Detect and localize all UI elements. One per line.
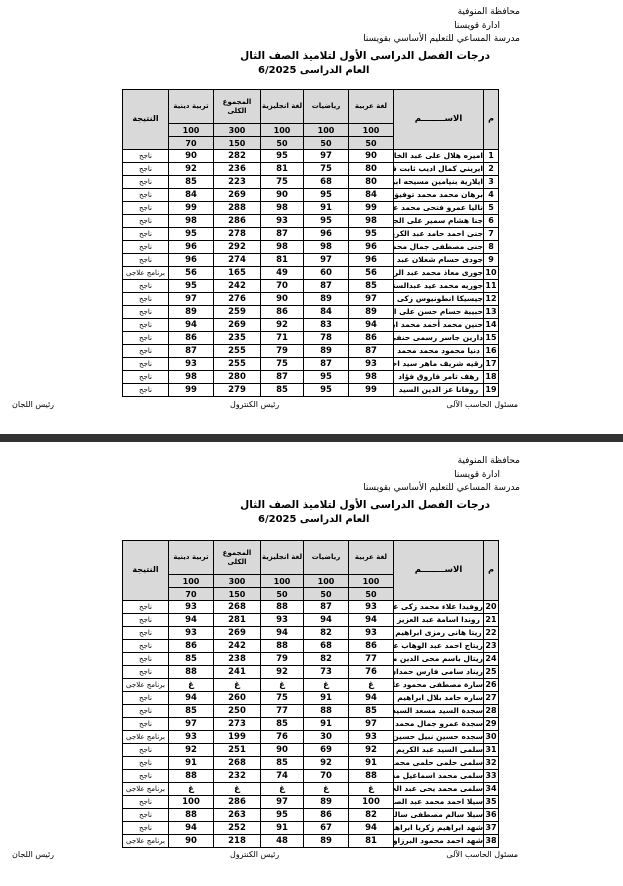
student-row: 15دارين جاسر رسمى حنفى محمد86787123586نا… <box>123 332 499 345</box>
result-cell: ناجح <box>123 640 169 653</box>
grade-cell-total: 241 <box>214 666 261 679</box>
student-row: 29سجدة عمرو جمال محمد رضوان97918527397نا… <box>123 718 499 731</box>
student-name-cell: رقيه شريف ماهر سيد احمد <box>394 358 484 371</box>
grade-cell-math: 84 <box>304 306 349 319</box>
student-row: 20روفيدا علاء محمد زكى عبدالخالق ف938788… <box>123 601 499 614</box>
grade-cell-religion: 99 <box>169 384 214 397</box>
grade-cell-religion: 89 <box>169 306 214 319</box>
student-row: 13حبيبة حسام حسن على النجار89848625989نا… <box>123 306 499 319</box>
grade-cell-religion: 87 <box>169 345 214 358</box>
grade-cell-math: 97 <box>304 150 349 163</box>
grade-cell-math: 89 <box>304 293 349 306</box>
result-cell: برنامج علاجى <box>123 783 169 796</box>
row-number-cell: 9 <box>484 254 499 267</box>
grade-cell-arabic: 98 <box>349 215 394 228</box>
grade-cell-english: 81 <box>261 254 304 267</box>
student-name-cell: دنيا محمود محمد محمد <box>394 345 484 358</box>
grade-cell-religion: 94 <box>169 822 214 835</box>
student-row: 12جيسيكا انطونيوس زكى الجرجاوى9789902769… <box>123 293 499 306</box>
grade-cell-religion: 56 <box>169 267 214 280</box>
administration-line: ادارة قويسنا <box>150 469 520 483</box>
grade-cell-arabic: 82 <box>349 809 394 822</box>
grade-cell-arabic: 94 <box>349 692 394 705</box>
student-name-cell: سجدة عمرو جمال محمد رضوان <box>394 718 484 731</box>
col-header-arabic: لغة عربية <box>349 541 394 575</box>
school-line: مدرسة المساعي للتعليم الأساسي بقويسنا <box>150 482 520 496</box>
grade-cell-arabic: 90 <box>349 150 394 163</box>
page-separator-bar <box>0 434 623 442</box>
student-name-cell: دارين جاسر رسمى حنفى محمد <box>394 332 484 345</box>
student-name-cell: ايلارية بنيامين مسيحه ابراهيم <box>394 176 484 189</box>
student-row: 37شهد ابراهيم زكريا ابراهيم الشونى946791… <box>123 822 499 835</box>
grade-cell-math: 70 <box>304 770 349 783</box>
max-mark-religion: 100 <box>169 575 214 588</box>
row-number-cell: 3 <box>484 176 499 189</box>
student-name-cell: جنا هشام سمير على الجمل <box>394 215 484 228</box>
row-number-cell: 15 <box>484 332 499 345</box>
grade-cell-english: 87 <box>261 228 304 241</box>
grade-cell-religion: 99 <box>169 202 214 215</box>
col-header-religion: تربية دينية <box>169 90 214 124</box>
grade-cell-religion: 97 <box>169 293 214 306</box>
min-mark-total: 150 <box>214 588 261 601</box>
row-number-cell: 29 <box>484 718 499 731</box>
result-cell: ناجح <box>123 332 169 345</box>
grade-cell-arabic: 81 <box>349 835 394 848</box>
student-row: 9جودى حسام شعلان عبد الغفار شعلا96978127… <box>123 254 499 267</box>
grade-cell-math: 92 <box>304 757 349 770</box>
grade-cell-english: 88 <box>261 601 304 614</box>
result-cell: ناجح <box>123 757 169 770</box>
max-mark-english: 100 <box>261 124 304 137</box>
governorate-line: محافظة المنوفية <box>150 455 520 469</box>
grade-cell-math: 97 <box>304 254 349 267</box>
student-name-cell: ريناد سامى فارس حمدان محمود <box>394 666 484 679</box>
sheet-title: درجات الفصل الدراسى الأول لتلاميذ الصف ا… <box>150 49 520 64</box>
signature-row: مسئول الحاسب الآلى رئيس الكنترول رئيس ال… <box>0 400 623 414</box>
grade-cell-arabic: 89 <box>349 306 394 319</box>
student-name-cell: ساره حامد بلال ابراهيم القليوبى <box>394 692 484 705</box>
row-number-cell: 4 <box>484 189 499 202</box>
grade-cell-arabic: 84 <box>349 189 394 202</box>
result-cell: ناجح <box>123 306 169 319</box>
academic-year: العام الدراسى 6/2025 <box>150 64 520 78</box>
grade-cell-math: غ <box>304 783 349 796</box>
grade-cell-total: 280 <box>214 371 261 384</box>
grade-cell-english: 95 <box>261 150 304 163</box>
grade-cell-total: 252 <box>214 822 261 835</box>
signature-row: مسئول الحاسب الآلى رئيس الكنترول رئيس ال… <box>0 850 623 864</box>
signature-committees-head: رئيس اللجان <box>12 400 54 409</box>
grade-cell-math: 94 <box>304 614 349 627</box>
result-cell: ناجح <box>123 280 169 293</box>
student-row: 21روندا اسامة عبد العزيز94949328194ناجح <box>123 614 499 627</box>
sheet-page-2: محافظة المنوفية ادارة قويسنا مدرسة المسا… <box>0 442 623 886</box>
grade-cell-total: 274 <box>214 254 261 267</box>
row-number-cell: 17 <box>484 358 499 371</box>
grade-cell-total: 273 <box>214 718 261 731</box>
signature-computer-official: مسئول الحاسب الآلى <box>446 850 518 859</box>
grade-cell-english: 94 <box>261 627 304 640</box>
student-name-cell: جوريه محمد عيد عبدالستار على <box>394 280 484 293</box>
grade-cell-religion: 98 <box>169 371 214 384</box>
student-name-cell: جنى مصطفى جمال محمد المرجاوى <box>394 241 484 254</box>
grade-cell-total: 286 <box>214 796 261 809</box>
student-row: 6جنا هشام سمير على الجمل98959328698ناجح <box>123 215 499 228</box>
grade-cell-math: 67 <box>304 822 349 835</box>
grade-cell-religion: 94 <box>169 614 214 627</box>
student-name-cell: روندا اسامة عبد العزيز <box>394 614 484 627</box>
student-row: 34سلمى محمد يحى عبد الخالقغغغغغبرنامج عل… <box>123 783 499 796</box>
row-number-cell: 27 <box>484 692 499 705</box>
grade-cell-total: 232 <box>214 770 261 783</box>
max-mark-religion: 100 <box>169 124 214 137</box>
student-row: 16دنيا محمود محمد محمد87897925587ناجح <box>123 345 499 358</box>
grade-cell-religion: 85 <box>169 176 214 189</box>
grades-table-page-2: م الاســــــــم لغة عربية رياضيات لغة ان… <box>122 540 499 848</box>
grade-cell-arabic: 56 <box>349 267 394 280</box>
page-header: محافظة المنوفية ادارة قويسنا مدرسة المسا… <box>150 6 520 78</box>
grade-cell-arabic: 95 <box>349 228 394 241</box>
grade-cell-math: 73 <box>304 666 349 679</box>
result-cell: ناجح <box>123 666 169 679</box>
student-row: 17رقيه شريف ماهر سيد احمد93877525593ناجح <box>123 358 499 371</box>
grade-cell-arabic: 94 <box>349 319 394 332</box>
max-mark-arabic: 100 <box>349 124 394 137</box>
min-mark-religion: 70 <box>169 137 214 150</box>
grade-cell-math: 75 <box>304 163 349 176</box>
grade-cell-religion: 88 <box>169 809 214 822</box>
row-number-cell: 36 <box>484 809 499 822</box>
grade-cell-arabic: 76 <box>349 666 394 679</box>
max-mark-math: 100 <box>304 575 349 588</box>
row-number-cell: 16 <box>484 345 499 358</box>
grade-cell-english: 90 <box>261 293 304 306</box>
grade-cell-math: 89 <box>304 835 349 848</box>
row-number-cell: 7 <box>484 228 499 241</box>
row-number-cell: 11 <box>484 280 499 293</box>
grade-cell-religion: 95 <box>169 280 214 293</box>
result-cell: ناجح <box>123 189 169 202</box>
signature-control-head: رئيس الكنترول <box>230 850 279 859</box>
grade-cell-arabic: 88 <box>349 770 394 783</box>
col-header-arabic: لغة عربية <box>349 90 394 124</box>
grade-cell-total: 242 <box>214 640 261 653</box>
student-row: 22ريتا هانى رمزى ابراهيم93829426993ناجح <box>123 627 499 640</box>
result-cell: ناجح <box>123 653 169 666</box>
table-header: م الاســــــــم لغة عربية رياضيات لغة ان… <box>123 541 499 601</box>
student-name-cell: سجدة السيد مسعد السيد <box>394 705 484 718</box>
grade-cell-religion: 85 <box>169 705 214 718</box>
student-name-cell: ايريني كمال اديب ثابت قلته <box>394 163 484 176</box>
result-cell: ناجح <box>123 822 169 835</box>
min-mark-english: 50 <box>261 137 304 150</box>
min-mark-math: 50 <box>304 137 349 150</box>
student-name-cell: رهف تامر فاروق فؤاد <box>394 371 484 384</box>
grade-cell-arabic: 93 <box>349 601 394 614</box>
grade-cell-arabic: 86 <box>349 640 394 653</box>
grade-cell-math: 30 <box>304 731 349 744</box>
row-number-cell: 23 <box>484 640 499 653</box>
grade-cell-total: 235 <box>214 332 261 345</box>
grade-cell-total: 260 <box>214 692 261 705</box>
grade-cell-english: 86 <box>261 306 304 319</box>
max-mark-english: 100 <box>261 575 304 588</box>
grade-cell-math: 83 <box>304 319 349 332</box>
grade-cell-arabic: 99 <box>349 202 394 215</box>
student-name-cell: شهد احمد محمود البرزاوى <box>394 835 484 848</box>
student-name-cell: برهان محمد محمد توفيق <box>394 189 484 202</box>
student-row: 25ريناد سامى فارس حمدان محمود76739224188… <box>123 666 499 679</box>
result-cell: ناجح <box>123 228 169 241</box>
grade-cell-total: 236 <box>214 163 261 176</box>
result-cell: ناجح <box>123 319 169 332</box>
student-row: 27ساره حامد بلال ابراهيم القليوبى9491752… <box>123 692 499 705</box>
result-cell: برنامج علاجى <box>123 731 169 744</box>
student-name-cell: ريتال باسم محى الدين محمد محمد <box>394 653 484 666</box>
student-name-cell: سيلا سالم مصطفى سالم احمد <box>394 809 484 822</box>
grade-cell-math: 82 <box>304 653 349 666</box>
grade-cell-math: 91 <box>304 718 349 731</box>
grade-cell-total: 251 <box>214 744 261 757</box>
row-number-cell: 20 <box>484 601 499 614</box>
max-mark-arabic: 100 <box>349 575 394 588</box>
student-row: 38شهد احمد محمود البرزاوى81894821890برنا… <box>123 835 499 848</box>
student-row: 5تاليا عمرو فتحى محمد عمره99919828899ناج… <box>123 202 499 215</box>
grade-cell-religion: 90 <box>169 150 214 163</box>
grade-cell-arabic: غ <box>349 783 394 796</box>
grade-cell-total: 278 <box>214 228 261 241</box>
min-mark-math: 50 <box>304 588 349 601</box>
student-name-cell: جيسيكا انطونيوس زكى الجرجاوى <box>394 293 484 306</box>
student-name-cell: جورى معاذ محمد عبد الرازق العيسوى <box>394 267 484 280</box>
grade-cell-total: 269 <box>214 319 261 332</box>
grade-cell-english: 91 <box>261 822 304 835</box>
grade-cell-math: 68 <box>304 176 349 189</box>
result-cell: ناجح <box>123 744 169 757</box>
grade-cell-english: 70 <box>261 280 304 293</box>
max-mark-total: 300 <box>214 124 261 137</box>
row-number-cell: 12 <box>484 293 499 306</box>
student-row: 33سلمى محمد اسماعيل محمد88707423288ناجح <box>123 770 499 783</box>
result-cell: ناجح <box>123 176 169 189</box>
grade-cell-arabic: 94 <box>349 614 394 627</box>
grade-cell-english: 98 <box>261 202 304 215</box>
grade-cell-math: 91 <box>304 692 349 705</box>
result-cell: ناجح <box>123 202 169 215</box>
student-name-cell: جودى حسام شعلان عبد الغفار شعلا <box>394 254 484 267</box>
grade-cell-math: 87 <box>304 280 349 293</box>
min-mark-total: 150 <box>214 137 261 150</box>
grade-cell-english: 93 <box>261 215 304 228</box>
result-cell: ناجح <box>123 371 169 384</box>
col-header-religion: تربية دينية <box>169 541 214 575</box>
result-cell: ناجح <box>123 601 169 614</box>
grade-cell-religion: 90 <box>169 835 214 848</box>
student-row: 23ريتاج احمد عبد الوهاب على حسين86688824… <box>123 640 499 653</box>
academic-year: العام الدراسى 6/2025 <box>150 513 520 527</box>
grade-cell-english: 75 <box>261 692 304 705</box>
col-header-name: الاســــــــم <box>394 541 484 601</box>
student-row: 4برهان محمد محمد توفيق84959026984ناجح <box>123 189 499 202</box>
grade-cell-total: غ <box>214 679 261 692</box>
grade-cell-english: 97 <box>261 796 304 809</box>
result-cell: ناجح <box>123 692 169 705</box>
grade-cell-math: 95 <box>304 371 349 384</box>
grade-cell-arabic: 96 <box>349 254 394 267</box>
student-row: 3ايلارية بنيامين مسيحه ابراهيم8068752238… <box>123 176 499 189</box>
grade-cell-total: 276 <box>214 293 261 306</box>
grade-cell-religion: غ <box>169 679 214 692</box>
result-cell: برنامج علاجى <box>123 679 169 692</box>
row-number-cell: 28 <box>484 705 499 718</box>
grade-cell-religion: 93 <box>169 627 214 640</box>
result-cell: ناجح <box>123 215 169 228</box>
grade-cell-religion: 86 <box>169 332 214 345</box>
grade-cell-religion: 94 <box>169 319 214 332</box>
grade-cell-english: 77 <box>261 705 304 718</box>
student-row: 30سجده حسين نبيل حسين عطيه93307619993برن… <box>123 731 499 744</box>
row-number-cell: 6 <box>484 215 499 228</box>
grade-cell-arabic: 93 <box>349 627 394 640</box>
grade-cell-english: 88 <box>261 640 304 653</box>
result-cell: ناجح <box>123 770 169 783</box>
result-cell: ناجح <box>123 796 169 809</box>
grade-cell-religion: غ <box>169 783 214 796</box>
grade-cell-arabic: 93 <box>349 358 394 371</box>
result-cell: ناجح <box>123 345 169 358</box>
row-number-cell: 26 <box>484 679 499 692</box>
grade-cell-math: 87 <box>304 358 349 371</box>
grade-cell-total: 218 <box>214 835 261 848</box>
grade-cell-total: 238 <box>214 653 261 666</box>
student-row: 2ايريني كمال اديب ثابت قلته80758123692نا… <box>123 163 499 176</box>
student-name-cell: جنى احمد حامد عبد الكريم عبد الرحمن <box>394 228 484 241</box>
result-cell: ناجح <box>123 627 169 640</box>
administration-line: ادارة قويسنا <box>150 20 520 34</box>
grade-cell-math: 86 <box>304 809 349 822</box>
result-cell: ناجح <box>123 241 169 254</box>
grade-cell-religion: 95 <box>169 228 214 241</box>
result-cell: ناجح <box>123 293 169 306</box>
grade-cell-math: 95 <box>304 215 349 228</box>
grade-cell-total: 268 <box>214 757 261 770</box>
grade-cell-math: 82 <box>304 627 349 640</box>
grade-cell-religion: 96 <box>169 254 214 267</box>
student-name-cell: شهد ابراهيم زكريا ابراهيم الشونى <box>394 822 484 835</box>
student-name-cell: سيلا احمد محمد عبد الصادق محمد حسن <box>394 796 484 809</box>
row-number-cell: 35 <box>484 796 499 809</box>
grade-cell-english: 49 <box>261 267 304 280</box>
signature-control-head: رئيس الكنترول <box>230 400 279 409</box>
grade-cell-english: 92 <box>261 319 304 332</box>
grade-cell-total: 268 <box>214 601 261 614</box>
grade-cell-religion: 98 <box>169 215 214 228</box>
grades-table-page-1: م الاســــــــم لغة عربية رياضيات لغة ان… <box>122 89 499 397</box>
grade-cell-religion: 93 <box>169 358 214 371</box>
row-number-cell: 37 <box>484 822 499 835</box>
school-line: مدرسة المساعي للتعليم الأساسي بقويسنا <box>150 33 520 47</box>
student-row: 8جنى مصطفى جمال محمد المرجاوى96989829296… <box>123 241 499 254</box>
col-header-math: رياضيات <box>304 541 349 575</box>
result-cell: ناجح <box>123 614 169 627</box>
grade-cell-arabic: 97 <box>349 293 394 306</box>
grade-cell-total: 292 <box>214 241 261 254</box>
grade-cell-math: 68 <box>304 640 349 653</box>
grade-cell-arabic: 93 <box>349 731 394 744</box>
students-body-page-2: 20روفيدا علاء محمد زكى عبدالخالق ف938788… <box>123 601 499 848</box>
grade-cell-math: 87 <box>304 601 349 614</box>
min-mark-religion: 70 <box>169 588 214 601</box>
student-name-cell: روفيدا علاء محمد زكى عبدالخالق ف <box>394 601 484 614</box>
student-name-cell: سجده حسين نبيل حسين عطيه <box>394 731 484 744</box>
sheet-page-1: محافظة المنوفية ادارة قويسنا مدرسة المسا… <box>0 0 623 434</box>
grade-cell-english: غ <box>261 783 304 796</box>
grade-cell-english: 85 <box>261 384 304 397</box>
grade-cell-arabic: 94 <box>349 822 394 835</box>
grade-cell-math: 89 <box>304 345 349 358</box>
grade-cell-total: 255 <box>214 345 261 358</box>
grade-cell-english: 71 <box>261 332 304 345</box>
grade-cell-arabic: 86 <box>349 332 394 345</box>
col-header-result: النتيجة <box>123 541 169 601</box>
grade-cell-total: 223 <box>214 176 261 189</box>
grade-cell-religion: 92 <box>169 163 214 176</box>
grade-cell-english: 48 <box>261 835 304 848</box>
student-name-cell: روفانا عز الدين السيد <box>394 384 484 397</box>
grade-cell-math: 95 <box>304 384 349 397</box>
grade-cell-english: 93 <box>261 614 304 627</box>
student-name-cell: سلمى السيد عبد الكريم خيرى حسين <box>394 744 484 757</box>
grade-cell-english: 85 <box>261 718 304 731</box>
row-number-cell: 8 <box>484 241 499 254</box>
max-mark-math: 100 <box>304 124 349 137</box>
col-header-total: المجموع الكلى <box>214 90 261 124</box>
student-name-cell: حنين محمد أحمد محمد ابو هند <box>394 319 484 332</box>
grade-cell-english: 95 <box>261 809 304 822</box>
result-cell: ناجح <box>123 809 169 822</box>
grade-cell-total: 263 <box>214 809 261 822</box>
grade-cell-arabic: 92 <box>349 744 394 757</box>
grade-cell-english: 74 <box>261 770 304 783</box>
result-cell: ناجح <box>123 718 169 731</box>
col-header-index: م <box>484 541 499 601</box>
grade-cell-english: 87 <box>261 371 304 384</box>
grade-cell-religion: 84 <box>169 189 214 202</box>
page-header-2: محافظة المنوفية ادارة قويسنا مدرسة المسا… <box>150 455 520 527</box>
grade-cell-arabic: 87 <box>349 345 394 358</box>
grade-cell-religion: 88 <box>169 666 214 679</box>
student-name-cell: حبيبة حسام حسن على النجار <box>394 306 484 319</box>
grade-cell-english: 92 <box>261 666 304 679</box>
result-cell: ناجح <box>123 705 169 718</box>
row-number-cell: 14 <box>484 319 499 332</box>
grade-cell-math: 95 <box>304 189 349 202</box>
grade-cell-total: 242 <box>214 280 261 293</box>
grade-cell-total: 279 <box>214 384 261 397</box>
row-number-cell: 21 <box>484 614 499 627</box>
row-number-cell: 18 <box>484 371 499 384</box>
grade-cell-total: 281 <box>214 614 261 627</box>
student-row: 11جوريه محمد عيد عبدالستار على8587702429… <box>123 280 499 293</box>
grade-cell-math: 60 <box>304 267 349 280</box>
grade-cell-english: 90 <box>261 744 304 757</box>
grade-cell-religion: 88 <box>169 770 214 783</box>
col-header-english: لغة انجليزية <box>261 541 304 575</box>
student-row: 7جنى احمد حامد عبد الكريم عبد الرحمن9596… <box>123 228 499 241</box>
student-row: 1اميره هلال على عبد الخالق90979528290ناج… <box>123 150 499 163</box>
student-row: 31سلمى السيد عبد الكريم خيرى حسين9269902… <box>123 744 499 757</box>
